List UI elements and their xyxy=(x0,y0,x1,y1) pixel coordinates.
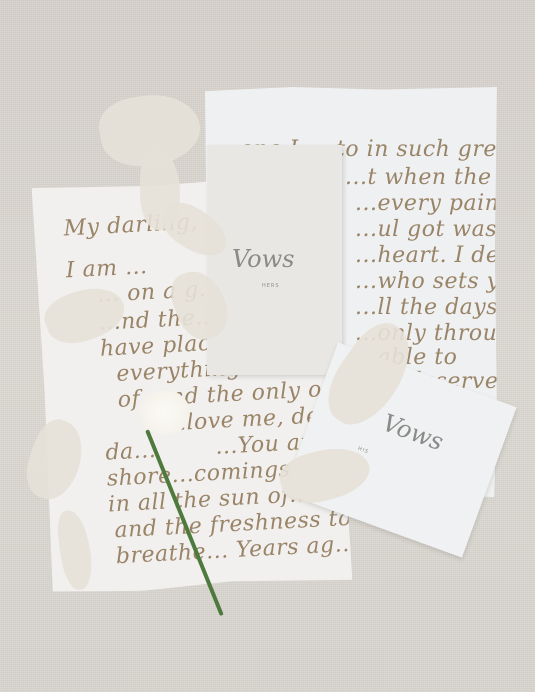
vows-title: Vows xyxy=(232,245,294,273)
vow-booklet-hers: Vows HERS xyxy=(207,145,342,375)
vows-subtitle: HERS xyxy=(262,283,280,289)
letter-line: I am ... xyxy=(65,254,148,283)
white-flower xyxy=(140,390,190,435)
vows-title: Vows xyxy=(379,409,447,457)
